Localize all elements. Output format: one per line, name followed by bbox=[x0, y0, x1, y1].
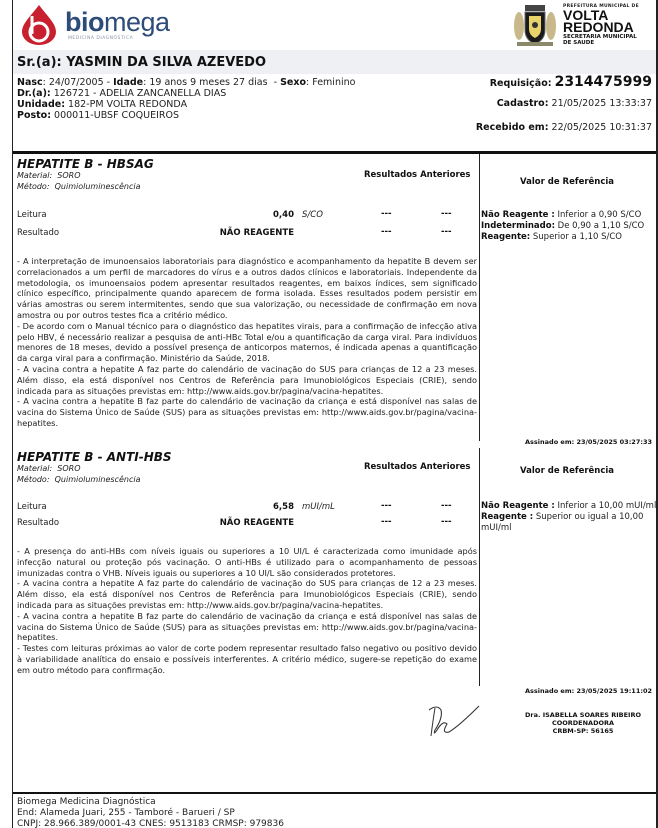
exam-row-value: NÃO REAGENTE bbox=[220, 228, 294, 238]
patient-name: Sr.(a): YASMIN DA SILVA AZEVEDO bbox=[17, 55, 266, 70]
previous-result-1: --- bbox=[381, 209, 392, 219]
reference-line: Reagente: Superior a 1,10 S/CO bbox=[481, 232, 657, 243]
exam-row-label: Leitura bbox=[17, 210, 47, 220]
signer-block: Dra. ISABELLA SOARES RIBEIRO COORDENADOR… bbox=[513, 711, 653, 735]
patient-name-bar: Sr.(a): YASMIN DA SILVA AZEVEDO bbox=[13, 50, 656, 74]
exam-row-label: Resultado bbox=[17, 518, 59, 528]
footer-company: Biomega Medicina Diagnóstica bbox=[17, 797, 284, 808]
request-number: Requisição: 2314475999 bbox=[476, 74, 652, 98]
previous-result-2: --- bbox=[441, 227, 452, 237]
exam-meta: Material: SORO Método: Quimioluminescênc… bbox=[17, 170, 141, 192]
blood-drop-b-logo-icon bbox=[19, 4, 59, 46]
exam-row-unit: S/CO bbox=[302, 210, 323, 220]
reference-column-divider bbox=[479, 154, 480, 441]
section-divider bbox=[13, 151, 656, 154]
prefeitura-logo: PREFEITURA MUNICIPAL DE VOLTA REDONDA SE… bbox=[511, 2, 646, 48]
exam-notes: - A interpretação de imunoensaios labora… bbox=[17, 256, 477, 429]
exam-meta: Material: SORO Método: Quimioluminescênc… bbox=[17, 463, 141, 485]
exam-row-value: 0,40 bbox=[273, 210, 294, 220]
reference-line: Não Reagente : Inferior a 10,00 mUI/ml bbox=[481, 501, 657, 512]
reference-line: Reagente : Superior ou igual a 10,00 mUI… bbox=[481, 512, 657, 534]
previous-result-2: --- bbox=[441, 517, 452, 527]
exam-title: HEPATITE B - ANTI-HBS bbox=[17, 450, 172, 464]
patient-birth-age-sex: Nasc: 24/07/2005 - Idade: 19 anos 9 mese… bbox=[17, 77, 355, 88]
footer: Biomega Medicina Diagnóstica End: Alamed… bbox=[17, 797, 284, 828]
exam-row-label: Resultado bbox=[17, 228, 59, 238]
exam-row-unit: mUI/mL bbox=[302, 502, 335, 512]
previous-result-2: --- bbox=[441, 209, 452, 219]
biomega-wordmark: biomega bbox=[65, 7, 170, 38]
reference-values: Não Reagente : Inferior a 10,00 mUI/ml R… bbox=[481, 501, 657, 534]
signer-name: Dra. ISABELLA SOARES RIBEIRO bbox=[513, 711, 653, 719]
patient-post: Posto: 000011-UBSF COQUEIROS bbox=[17, 110, 355, 121]
biomega-logo: biomega MEDICINA DIAGNÓSTICA bbox=[19, 4, 169, 46]
exam-row-value: 6,58 bbox=[273, 502, 294, 512]
exam-row-value: NÃO REAGENTE bbox=[220, 518, 294, 528]
previous-result-1: --- bbox=[381, 501, 392, 511]
previous-results-header: Resultados Anteriores bbox=[364, 462, 471, 472]
reference-column-divider bbox=[479, 448, 480, 686]
footer-address: End: Alameda Juari, 255 - Tamboré - Baru… bbox=[17, 808, 284, 819]
lab-report-page: biomega MEDICINA DIAGNÓSTICA PREFEITURA … bbox=[12, 0, 658, 828]
previous-result-2: --- bbox=[441, 501, 452, 511]
signed-timestamp: Assinado em: 23/05/2025 03:27:33 bbox=[525, 438, 652, 446]
signer-registry: CRBM-SP: 56165 bbox=[513, 727, 653, 735]
secretaria-label: SECRETARIA MUNICIPAL DE SAUDE bbox=[563, 34, 637, 46]
biomega-subtitle: MEDICINA DIAGNÓSTICA bbox=[68, 36, 133, 41]
exam-row-label: Leitura bbox=[17, 502, 47, 512]
city-name: VOLTA REDONDA bbox=[563, 9, 634, 33]
handwritten-signature-icon bbox=[423, 700, 483, 740]
reference-header: Valor de Referência bbox=[520, 466, 614, 476]
reference-header: Valor de Referência bbox=[520, 177, 614, 187]
reference-line: Indeterminado: De 0,90 a 1,10 S/CO bbox=[481, 221, 657, 232]
previous-results-header: Resultados Anteriores bbox=[364, 170, 471, 180]
signed-timestamp: Assinado em: 23/05/2025 19:11:02 bbox=[525, 687, 652, 695]
signer-role: COORDENADORA bbox=[513, 719, 653, 727]
request-received: Recebido em: 22/05/2025 10:31:37 bbox=[476, 122, 652, 146]
footer-ids: CNPJ: 28.966.389/0001-43 CNES: 9513183 C… bbox=[17, 819, 284, 828]
patient-unit: Unidade: 182-PM VOLTA REDONDA bbox=[17, 99, 355, 110]
city-coat-of-arms-icon bbox=[511, 2, 559, 48]
reference-line: Não Reagente : Inferior a 0,90 S/CO bbox=[481, 210, 657, 221]
report-header: biomega MEDICINA DIAGNÓSTICA PREFEITURA … bbox=[13, 0, 656, 50]
exam-title: HEPATITE B - HBSAG bbox=[17, 157, 154, 171]
request-info: Requisição: 2314475999 Cadastro: 21/05/2… bbox=[476, 74, 652, 146]
request-registered: Cadastro: 21/05/2025 13:33:37 bbox=[476, 98, 652, 122]
patient-info: Nasc: 24/07/2005 - Idade: 19 anos 9 mese… bbox=[17, 77, 355, 121]
previous-result-1: --- bbox=[381, 517, 392, 527]
patient-doctor: Dr.(a): 126721 - ADELIA ZANCANELLA DIAS bbox=[17, 88, 355, 99]
footer-divider bbox=[13, 792, 656, 794]
exam-notes: - A presença do anti-HBs com níveis igua… bbox=[17, 546, 477, 676]
reference-values: Não Reagente : Inferior a 0,90 S/CO Inde… bbox=[481, 210, 657, 243]
previous-result-1: --- bbox=[381, 227, 392, 237]
